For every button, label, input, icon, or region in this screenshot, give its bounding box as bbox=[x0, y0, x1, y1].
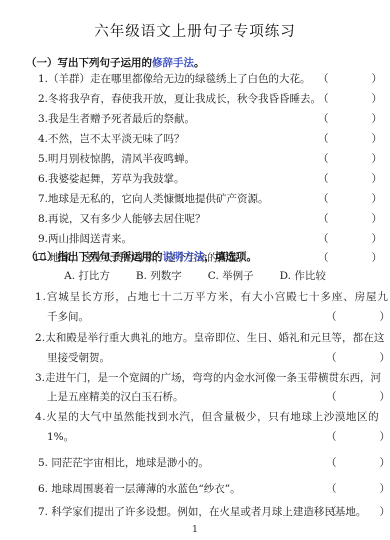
s2-question-4-line2: 1%。 bbox=[47, 429, 74, 444]
s2-answer-1[interactable]: （） bbox=[326, 309, 390, 324]
s1-answer-8[interactable]: （） bbox=[318, 211, 382, 226]
s2-question-1-line2: 千多间。 bbox=[47, 309, 89, 324]
s2-question-7: 7. 科学家们提出了许多设想。例如，在火星或者月球上建造移民基地。 bbox=[38, 504, 366, 519]
section-1-prefix: （一）写出下列句子运用的 bbox=[26, 57, 152, 69]
s1-question-3: 3.我是生者赠予死者最后的祭献。 bbox=[38, 111, 195, 126]
s2-answer-5[interactable]: （） bbox=[326, 455, 390, 470]
s1-question-9: 9.两山排闼送青来。 bbox=[38, 231, 132, 246]
section-2-prefix: （二）指出下列句子所运用的 bbox=[26, 251, 163, 263]
section-2-highlight: 说明方法 bbox=[163, 251, 205, 263]
s2-question-4-line1: 4.火星的大气中虽然能找到水汽，但含量极少，只有地球上沙漠地区的 bbox=[35, 409, 379, 424]
option-d: D. 作比较 bbox=[280, 268, 326, 283]
s1-answer-7[interactable]: （） bbox=[318, 191, 382, 206]
s1-answer-9[interactable]: （） bbox=[318, 231, 382, 246]
section-2-heading: （二）指出下列句子所运用的说明方法，填选项。 bbox=[26, 249, 257, 264]
s1-question-8: 8.再说，又有多少人能够去居住呢？ bbox=[38, 211, 206, 226]
s1-answer-1[interactable]: （） bbox=[318, 71, 382, 86]
section-1-heading: （一）写出下列句子运用的修辞手法。 bbox=[26, 55, 205, 70]
s2-question-1-line1: 1.宫城呈长方形，占地七十二万平方米，有大小宫殿七十多座、房屋九 bbox=[35, 289, 389, 304]
s1-answer-6[interactable]: （） bbox=[318, 171, 382, 186]
s1-question-4: 4.不然，岂不太平淡无味了吗？ bbox=[38, 131, 185, 146]
s2-question-5: 5. 同茫茫宇宙相比，地球是渺小的。 bbox=[38, 455, 209, 470]
section-1-highlight: 修辞手法 bbox=[152, 57, 194, 69]
s1-question-7: 7.地球是无私的，它向人类慷慨地提供矿产资源。 bbox=[38, 191, 269, 206]
s1-answer-3[interactable]: （） bbox=[318, 111, 382, 126]
s1-question-2: 2.冬将我孕育，春使我开放，夏让我成长，秋令我昏昏睡去。 bbox=[38, 91, 321, 106]
s2-answer-7[interactable]: （） bbox=[326, 504, 390, 519]
page-title: 六年级语文上册句子专项练习 bbox=[0, 20, 390, 41]
s2-question-3-line2: 上是五座精美的汉白玉石桥。 bbox=[47, 389, 184, 404]
options-row: A. 打比方 B. 列数字 C. 举例子 D. 作比较 bbox=[0, 268, 390, 283]
s1-answer-2[interactable]: （） bbox=[318, 91, 382, 106]
section-2-suffix: ，填选项。 bbox=[205, 251, 258, 263]
s2-answer-4[interactable]: （） bbox=[326, 429, 390, 444]
option-b: B. 列数字 bbox=[136, 268, 182, 283]
s1-answer-10[interactable]: （） bbox=[318, 250, 382, 265]
option-a: A. 打比方 bbox=[64, 268, 110, 283]
s2-answer-2[interactable]: （） bbox=[326, 350, 390, 365]
s1-answer-4[interactable]: （） bbox=[318, 131, 382, 146]
s1-answer-5[interactable]: （） bbox=[318, 151, 382, 166]
s1-question-5: 5.明月别枝惊鹊，清风半夜鸣蝉。 bbox=[38, 151, 195, 166]
s1-question-1: 1.（羊群）走在哪里都像给无边的绿毯绣上了白色的大花。 bbox=[38, 71, 311, 86]
s2-question-6: 6. 地球周围裹着一层薄薄的水蓝色“纱衣”。 bbox=[38, 481, 241, 496]
s2-question-2-line2: 里接受朝贺。 bbox=[47, 350, 110, 365]
s2-question-3-line1: 3.走进午门，是一个宽阔的广场，弯弯的内金水河像一条玉带横贯东西，河 bbox=[35, 370, 381, 385]
s1-question-6: 6.我婆娑起舞，芳草为我鼓掌。 bbox=[38, 171, 185, 186]
s2-question-2-line1: 2.太和殿是举行重大典礼的地方。皇帝即位、生日、婚礼和元旦等，都在这 bbox=[35, 330, 384, 345]
option-c: C. 举例子 bbox=[208, 268, 254, 283]
section-1-suffix: 。 bbox=[194, 57, 205, 69]
s2-answer-3[interactable]: （） bbox=[326, 389, 390, 404]
s2-answer-6[interactable]: （） bbox=[326, 481, 390, 496]
page-number: 1 bbox=[0, 525, 390, 535]
